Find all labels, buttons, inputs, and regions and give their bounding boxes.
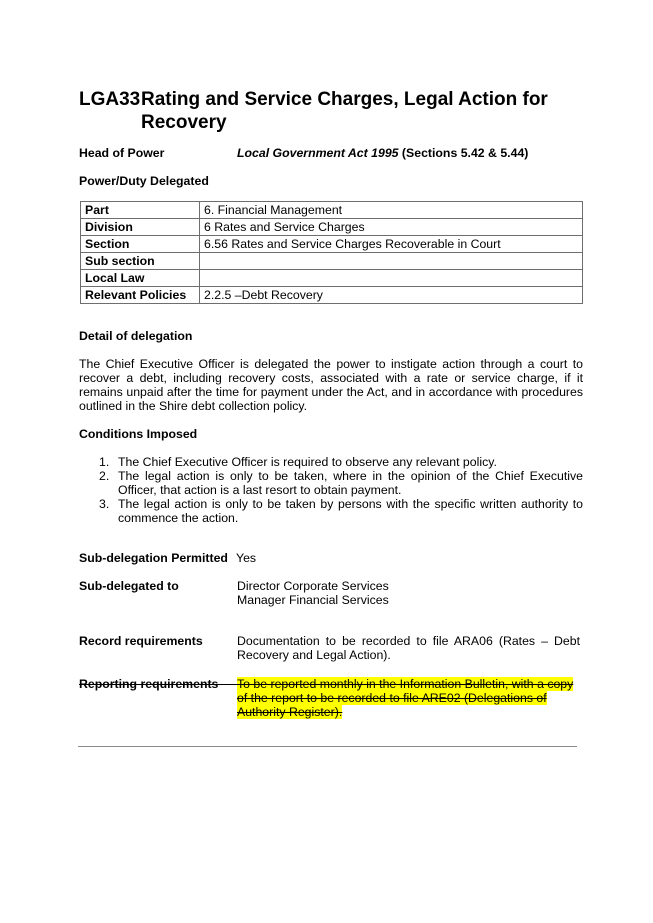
row-value: 6.56 Rates and Service Charges Recoverab… [200, 236, 583, 253]
record-requirements-value: Documentation to be recorded to file ARA… [237, 634, 580, 662]
item-text: The Chief Executive Officer is required … [118, 455, 497, 469]
row-value [200, 270, 583, 287]
highlighted-deleted-text: To be reported monthly in the Informatio… [237, 677, 573, 719]
row-key: Section [81, 236, 200, 253]
table-row: Relevant Policies 2.2.5 –Debt Recovery [81, 287, 583, 304]
row-key: Local Law [81, 270, 200, 287]
delegation-table: Part 6. Financial Management Division 6 … [80, 201, 583, 304]
item-number: 3. [99, 497, 109, 511]
act-sections: (Sections 5.42 & 5.44) [399, 146, 529, 160]
head-of-power-value: Local Government Act 1995 (Sections 5.42… [237, 146, 528, 160]
document-page: LGA33 Rating and Service Charges, Legal … [0, 0, 653, 923]
list-item: 2. The legal action is only to be taken,… [79, 469, 583, 497]
delegation-code: LGA33 [79, 88, 140, 111]
list-item: 3. The legal action is only to be taken … [79, 497, 583, 525]
row-key: Part [81, 202, 200, 219]
reporting-requirements-label: Reporting requirements [79, 677, 218, 691]
conditions-list: 1. The Chief Executive Officer is requir… [79, 455, 583, 525]
detail-of-delegation-body: The Chief Executive Officer is delegated… [79, 357, 583, 413]
item-text: The legal action is only to be taken, wh… [118, 469, 583, 497]
list-item: 1. The Chief Executive Officer is requir… [79, 455, 583, 469]
row-key: Relevant Policies [81, 287, 200, 304]
horizontal-rule [78, 746, 577, 747]
row-key: Sub section [81, 253, 200, 270]
act-name: Local Government Act 1995 [237, 146, 399, 160]
power-duty-delegated-label: Power/Duty Delegated [79, 174, 209, 188]
sub-delegation-permitted-label: Sub-delegation Permitted [79, 551, 228, 565]
row-value [200, 253, 583, 270]
row-value: 6 Rates and Service Charges [200, 219, 583, 236]
item-number: 1. [99, 455, 109, 469]
sub-delegated-to-label: Sub-delegated to [79, 579, 179, 593]
sub-delegated-to-values: Director Corporate Services Manager Fina… [237, 579, 389, 607]
table-row: Part 6. Financial Management [81, 202, 583, 219]
table-row: Sub section [81, 253, 583, 270]
item-text: The legal action is only to be taken by … [118, 497, 583, 525]
row-value: 2.2.5 –Debt Recovery [200, 287, 583, 304]
head-of-power-label: Head of Power [79, 146, 164, 160]
conditions-imposed-label: Conditions Imposed [79, 427, 197, 441]
detail-of-delegation-label: Detail of delegation [79, 329, 192, 343]
row-value: 6. Financial Management [200, 202, 583, 219]
table-row: Section 6.56 Rates and Service Charges R… [81, 236, 583, 253]
delegation-title: Rating and Service Charges, Legal Action… [141, 88, 581, 134]
sub-delegate: Manager Financial Services [237, 593, 389, 607]
reporting-requirements-value: To be reported monthly in the Informatio… [237, 677, 577, 719]
strikethrough-line [214, 684, 238, 685]
item-number: 2. [99, 469, 109, 483]
table-row: Division 6 Rates and Service Charges [81, 219, 583, 236]
sub-delegation-permitted-value: Yes [236, 551, 256, 565]
sub-delegate: Director Corporate Services [237, 579, 389, 593]
table-row: Local Law [81, 270, 583, 287]
row-key: Division [81, 219, 200, 236]
record-requirements-label: Record requirements [79, 634, 203, 648]
